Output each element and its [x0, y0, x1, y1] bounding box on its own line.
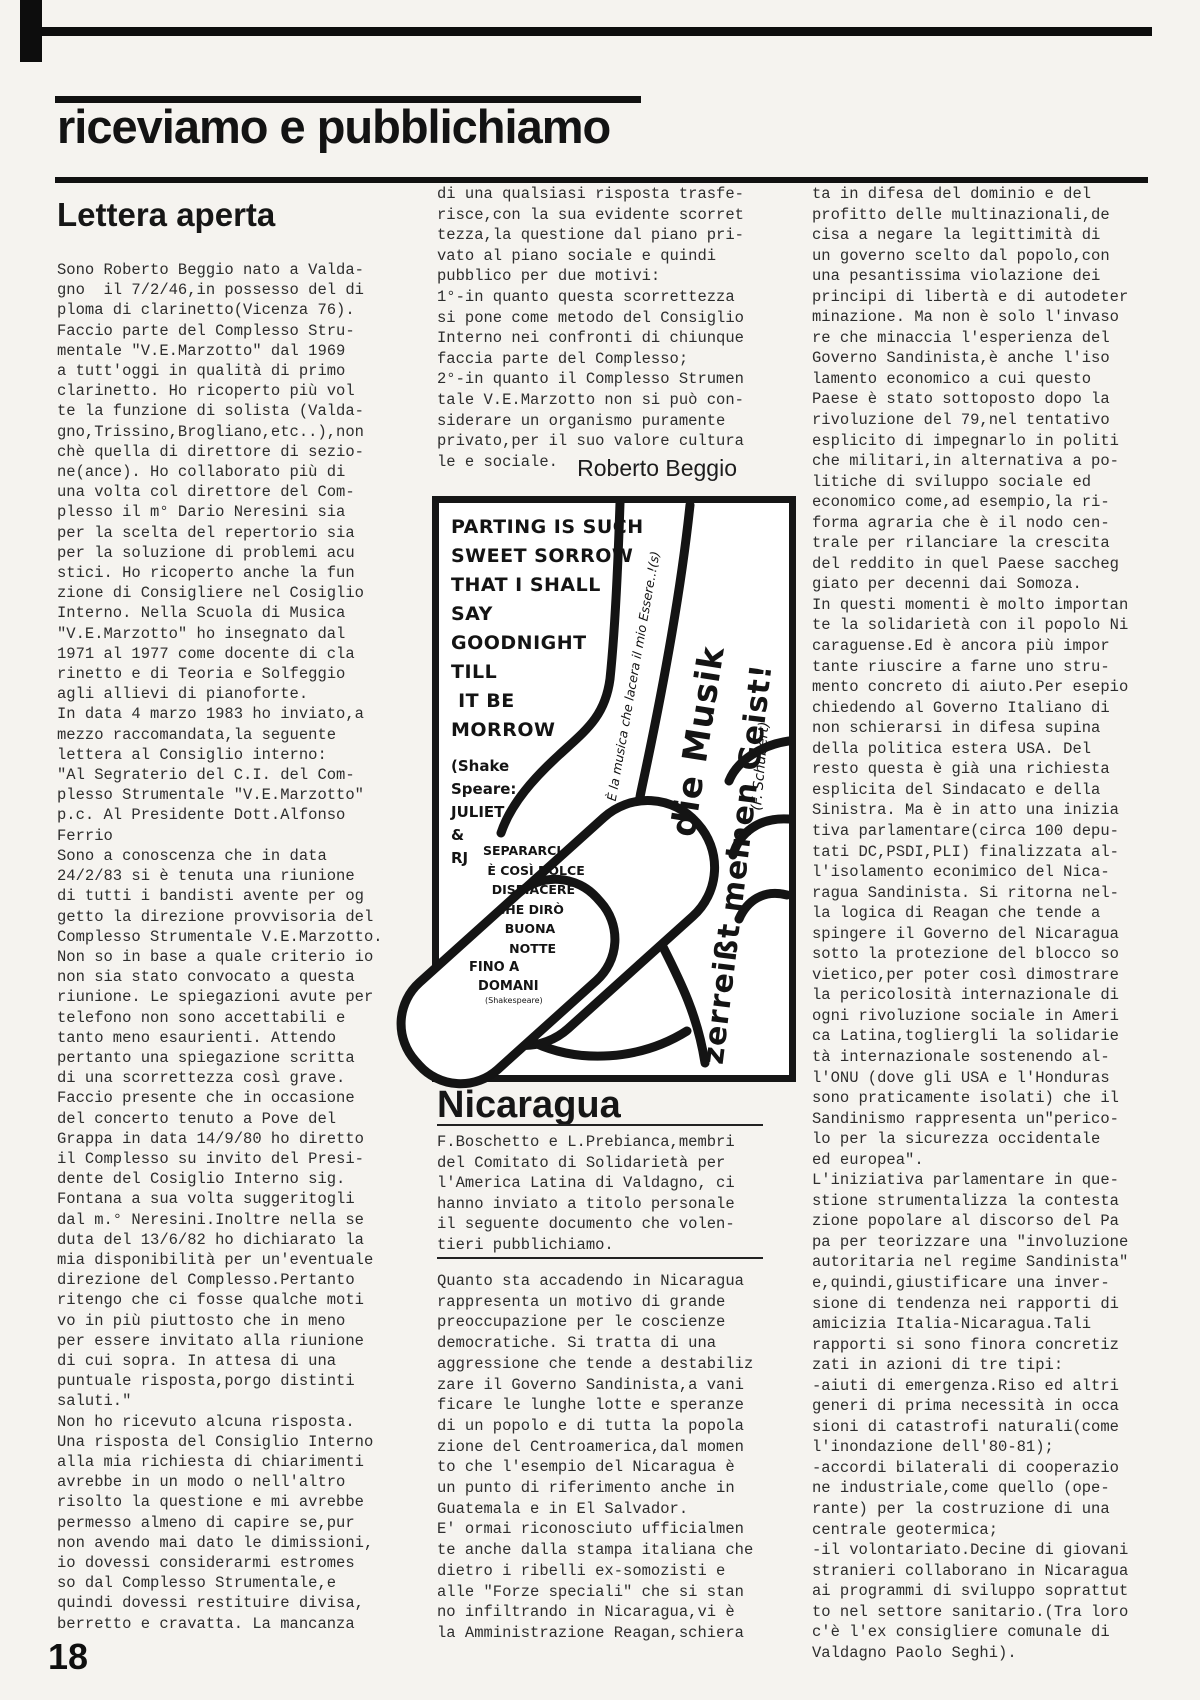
right-column: ta in difesa del dominio e del profitto …	[812, 184, 1152, 1663]
comic-bubble-credit: (Shakespeare)	[485, 996, 543, 1005]
nicaragua-body-column: Quanto sta accadendo in Nicaragua rappre…	[437, 1271, 773, 1644]
letter-signature: Roberto Beggio	[437, 455, 737, 482]
comic-quote: PARTING IS SUCH SWEET SORROW THAT I SHAL…	[451, 513, 644, 745]
masthead-rule-bottom	[55, 177, 1148, 183]
nicaragua-title: Nicaragua	[437, 1084, 621, 1127]
section-masthead: riceviamo e pubblichiamo	[57, 99, 757, 154]
lettera-aperta-title: Lettera aperta	[57, 196, 275, 234]
middle-column-top: di una qualsiasi risposta trasfe- risce,…	[437, 184, 767, 472]
comic-panel: PARTING IS SUCH SWEET SORROW THAT I SHAL…	[432, 496, 796, 1082]
lettera-body-column: Sono Roberto Beggio nato a Valda- gno il…	[57, 260, 393, 1634]
comic-bubble-fino-a-domani: FINO A DOMANI	[469, 958, 539, 996]
scanned-page: riceviamo e pubblichiamo Lettera aperta …	[0, 0, 1200, 1700]
comic-bubble-italian: SEPARARCI È COSÌ DOLCE DISPIACERE CHE DI…	[483, 841, 585, 958]
scan-edge-mark-horizontal	[28, 27, 1152, 36]
page-number: 18	[48, 1636, 88, 1678]
nicaragua-intro-rule-top	[437, 1124, 763, 1126]
nicaragua-intro: F.Boschetto e L.Prebianca,membri del Com…	[437, 1132, 767, 1256]
nicaragua-intro-rule-bottom	[437, 1257, 763, 1259]
